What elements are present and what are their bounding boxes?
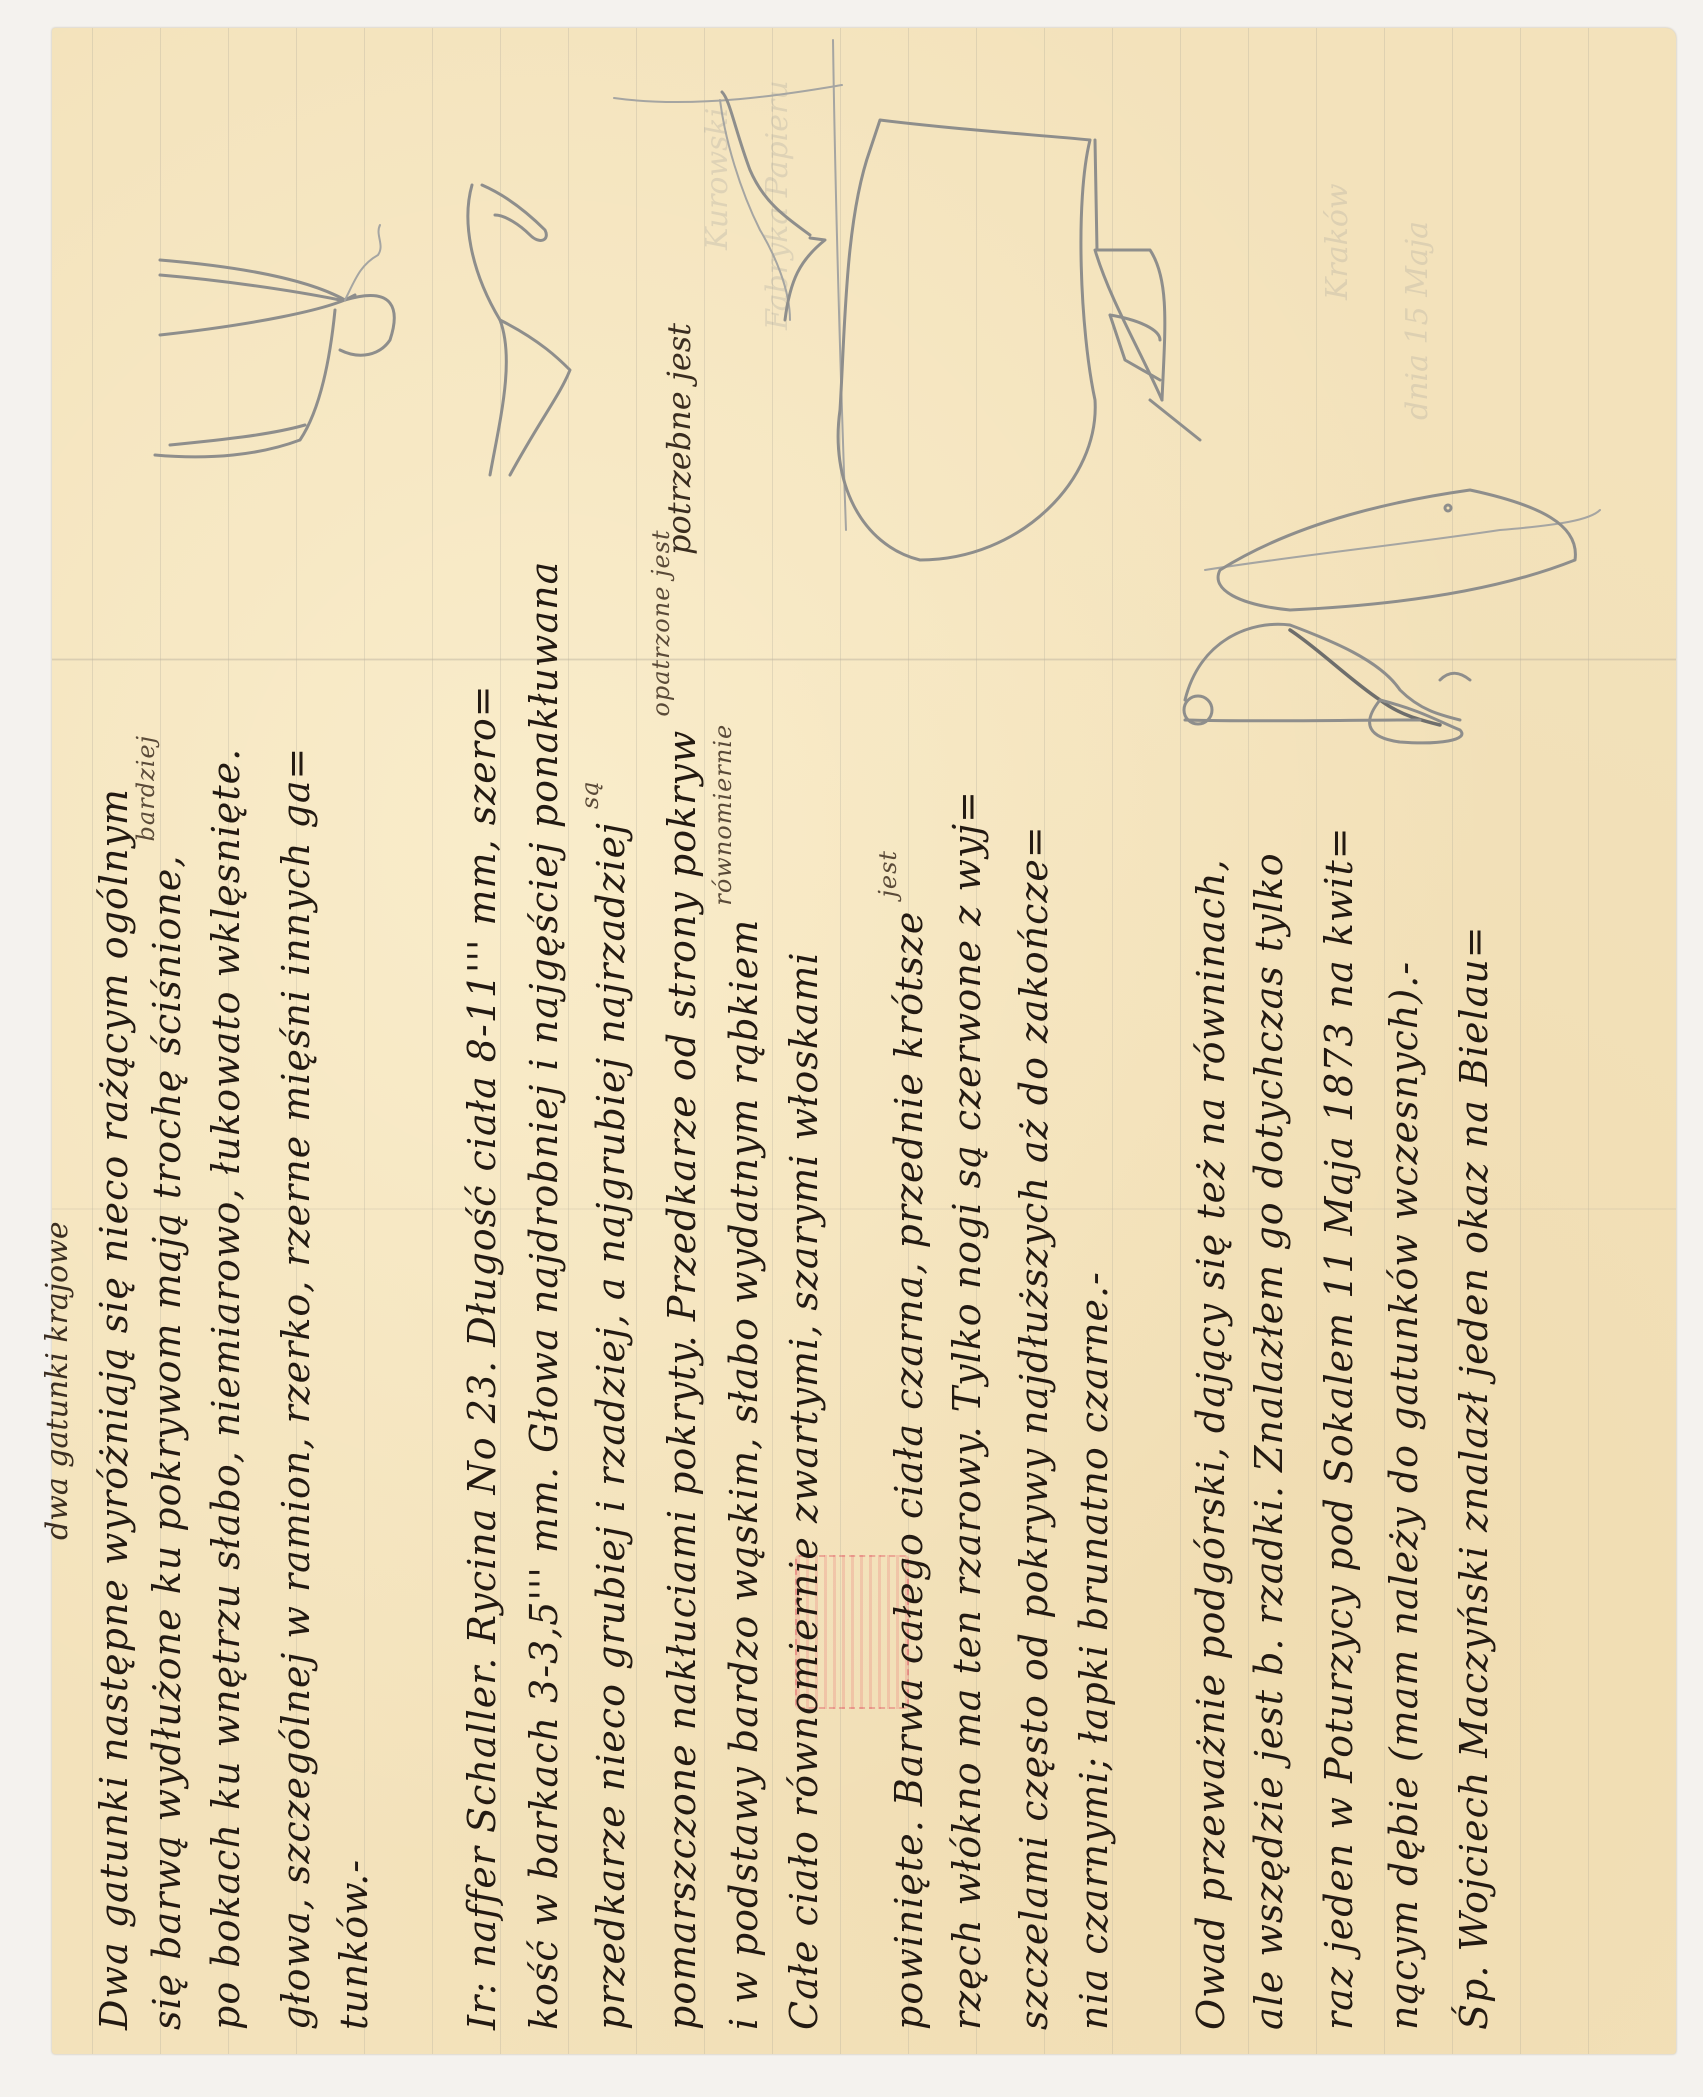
text-line-2: się barwą wydłużone ku pokrywom mają tro… — [145, 735, 194, 2030]
text-line-11: Całe ciało równomiernie zwartymi, szarym… — [782, 951, 826, 2030]
line-text: Dwa gatunki następne wyróżniają się niec… — [92, 788, 136, 2030]
line-text: głowa, szczególnej w ramion, rzerko, rze… — [274, 747, 318, 2030]
line-text: rzęch włókno ma ten rzarowy. Tylko nogi … — [945, 790, 989, 2030]
heading-fragment: dwa gatunki krajowe — [40, 1221, 75, 1540]
text-line-13: rzęch włókno ma ten rzarowy. Tylko nogi … — [945, 790, 989, 2030]
text-line-10: i w podstawy bardzo wąskim, słabo wydatn… — [722, 724, 771, 2030]
text-line-1: Dwa gatunki następne wyróżniają się niec… — [92, 788, 136, 2030]
ghost-text: Kraków — [1320, 183, 1355, 300]
line-text: Śp. Wojciech Maczyński znalazł jeden oka… — [1452, 925, 1496, 2030]
line-text: nia czarnymi; łapki brunatno czarne.- — [1072, 1271, 1116, 2030]
fold-crease — [52, 658, 1676, 661]
line-text: się barwą wydłużone ku pokrywom mają tro… — [145, 855, 189, 2030]
line-text: i w podstawy bardzo wąskim, słabo wydatn… — [722, 919, 766, 2030]
text-line-5: tunków.- — [332, 1859, 376, 2030]
heading-text: dwa gatunki krajowe — [40, 1221, 75, 1540]
line-insertion: jest — [874, 850, 902, 898]
text-line-17: ale wszędzie jest b. rzadki. Znalazłem g… — [1247, 852, 1291, 2030]
line-text: Całe ciało równomiernie zwartymi, szarym… — [782, 951, 826, 2030]
ruled-line — [1520, 28, 1521, 2054]
text-line-19: nącym dębie (mam należy do gatunków wcze… — [1382, 961, 1426, 2030]
line-text: powinięte. Barwa całego ciała czarna, pr… — [887, 911, 931, 2030]
text-line-12: powinięte. Barwa całego ciała czarna, pr… — [887, 850, 936, 2030]
ruled-line — [1588, 28, 1589, 2054]
line-text: Owad przeważnie podgórski, dający się te… — [1189, 858, 1233, 2030]
text-line-14: szczelami często od pokrywy najdłuższych… — [1012, 825, 1056, 2030]
ghost-text: Kurowski — [700, 108, 735, 250]
line-text: kość w barkach 3-3,5''' mm. Głowa najdro… — [522, 561, 566, 2030]
ghost-text: Fabryka Papieru — [760, 80, 795, 330]
line-text: pomarszczone nakłuciami pokryty. Przedka… — [660, 730, 704, 2030]
line-insertion: opatrzone jest — [647, 529, 675, 716]
line-text: przedkarze nieco grubiej i rzadziej, a n… — [589, 822, 633, 2030]
ghost-text: dnia 15 Maja — [1400, 221, 1435, 420]
line-text: po bokach ku wnętrzu słabo, niemiarowo, … — [204, 748, 248, 2030]
line-text: Ir: naffer Schaller. Rycina No 23. Długo… — [460, 684, 504, 2030]
text-line-7: kość w barkach 3-3,5''' mm. Głowa najdro… — [522, 561, 566, 2030]
text-line-18: raz jeden w Poturzycy pod Sokalem 11 Maj… — [1317, 826, 1361, 2030]
margin-note-text: potrzebne jest — [660, 323, 698, 555]
text-line-3: po bokach ku wnętrzu słabo, niemiarowo, … — [204, 748, 248, 2030]
ruled-line — [772, 28, 773, 2054]
line-insertion: równomiernie — [709, 724, 737, 906]
line-insertion: są — [576, 780, 604, 809]
line-text: raz jeden w Poturzycy pod Sokalem 11 Maj… — [1317, 826, 1361, 2030]
text-line-20: Śp. Wojciech Maczyński znalazł jeden oka… — [1452, 925, 1496, 2030]
text-line-15: nia czarnymi; łapki brunatno czarne.- — [1072, 1271, 1116, 2030]
text-line-6: Ir: naffer Schaller. Rycina No 23. Długo… — [460, 684, 504, 2030]
struck-margin-note: potrzebne jest — [660, 323, 698, 555]
ruled-line — [1180, 28, 1181, 2054]
text-line-16: Owad przeważnie podgórski, dający się te… — [1189, 858, 1233, 2030]
line-text: tunków.- — [332, 1859, 376, 2030]
text-line-9: pomarszczone nakłuciami pokryty. Przedka… — [660, 529, 709, 2030]
ruled-line — [568, 28, 569, 2054]
ruled-line — [840, 28, 841, 2054]
line-insertion: bardziej — [132, 735, 160, 841]
text-line-4: głowa, szczególnej w ramion, rzerko, rze… — [274, 747, 318, 2030]
ruled-line — [364, 28, 365, 2054]
line-text: ale wszędzie jest b. rzadki. Znalazłem g… — [1247, 852, 1291, 2030]
text-line-8: przedkarze nieco grubiej i rzadziej, a n… — [589, 780, 638, 2030]
ruled-line — [432, 28, 433, 2054]
line-text: nącym dębie (mam należy do gatunków wcze… — [1382, 961, 1426, 2030]
line-text: szczelami często od pokrywy najdłuższych… — [1012, 825, 1056, 2030]
